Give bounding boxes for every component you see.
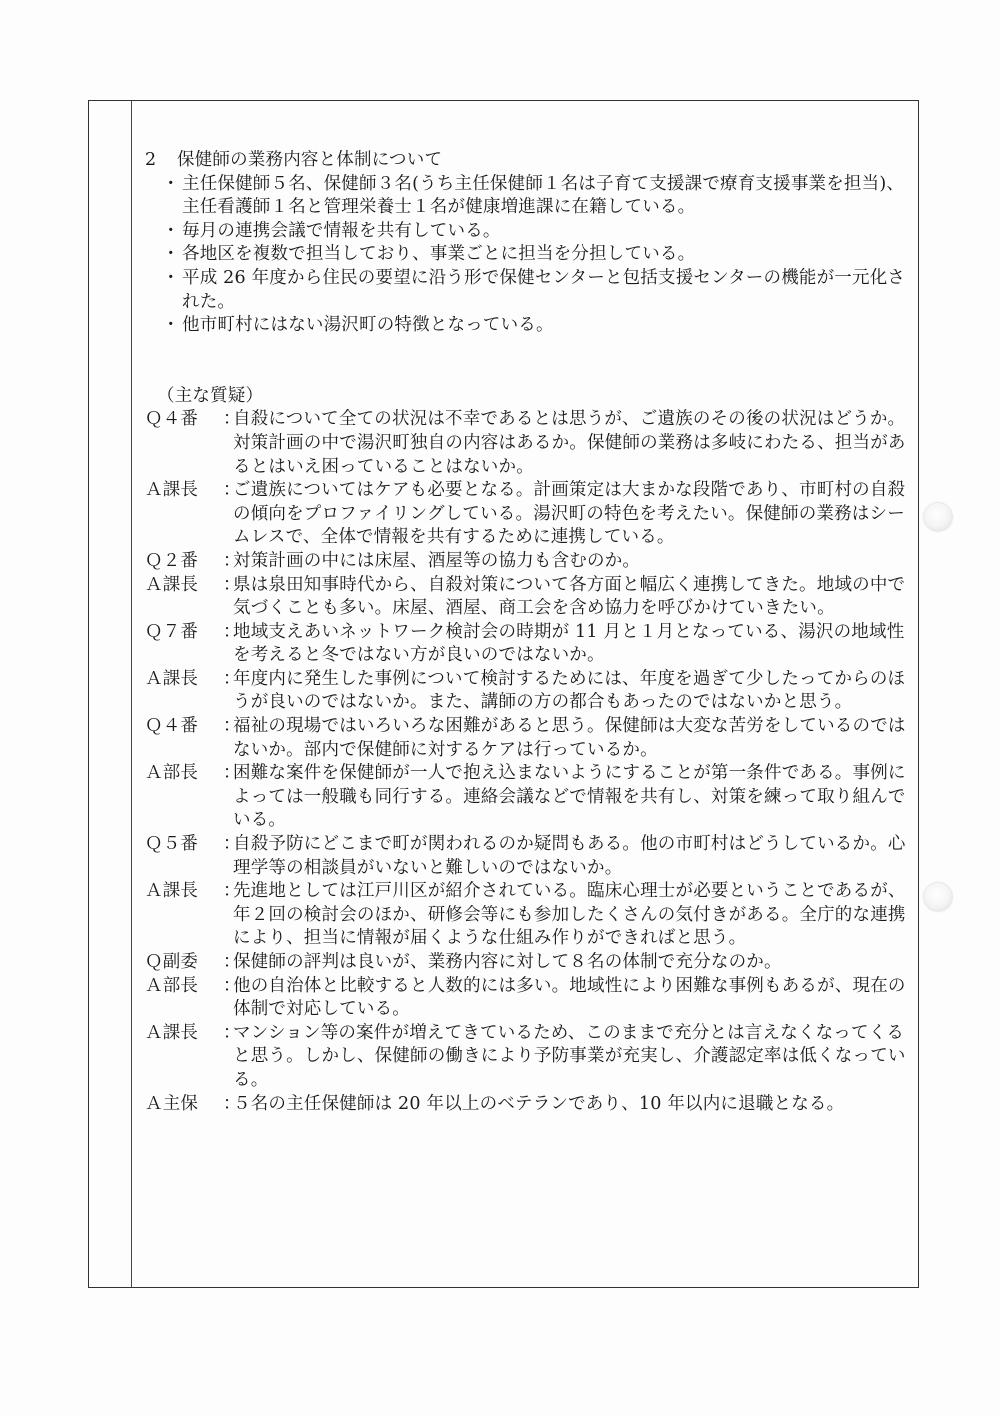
section-title: 保健師の業務内容と体制について xyxy=(177,150,442,170)
qa-list: Ｑ４番：自殺について全ての状況は不幸であるとは思うが、ご遺族のその後の状況はどう… xyxy=(145,408,908,1116)
qa-entry: Ｑ７番：地域支えあいネットワーク検討会の時期が 11 月と１月となっている、湯沢… xyxy=(145,621,908,668)
speaker-label: Ｑ４番 xyxy=(145,715,223,762)
speaker-label: Ａ課長 xyxy=(145,479,223,550)
section-number: 2 xyxy=(145,149,177,173)
qa-text: 年度内に発生した事例について検討するためには、年度を過ぎて少したってからのほうが… xyxy=(233,668,908,715)
spacer xyxy=(145,338,908,385)
qa-entry: Ａ主保：５名の主任保健師は 20 年以上のベテランであり、10 年以内に退職とな… xyxy=(145,1093,908,1117)
colon: ： xyxy=(223,951,233,975)
speaker-label: Ａ課長 xyxy=(145,1022,223,1093)
qa-entry: Ａ部長：困難な案件を保健師が一人で抱え込まないようにすることが第一条件である。事… xyxy=(145,762,908,833)
qa-entry: Ｑ４番：福祉の現場ではいろいろな困難があると思う。保健師は大変な苦労をしているの… xyxy=(145,715,908,762)
bullet-item: 各地区を複数で担当しており、事業ごとに担当を分担している。 xyxy=(172,243,908,267)
colon: ： xyxy=(223,550,233,574)
speaker-label: Ｑ副委 xyxy=(145,951,223,975)
qa-entry: Ｑ５番：自殺予防にどこまで町が関われるのか疑問もある。他の市町村はどうしているか… xyxy=(145,833,908,880)
document-body: 2保健師の業務内容と体制について 主任保健師５名、保健師３名(うち主任保健師１名… xyxy=(145,149,908,1116)
qa-entry: Ｑ２番：対策計画の中には床屋、酒屋等の協力も含むのか。 xyxy=(145,550,908,574)
qa-text: 自殺について全ての状況は不幸であるとは思うが、ご遺族のその後の状況はどうか。対策… xyxy=(233,408,908,479)
qa-entry: Ｑ副委：保健師の評判は良いが、業務内容に対して８名の体制で充分なのか。 xyxy=(145,951,908,975)
qa-text: 地域支えあいネットワーク検討会の時期が 11 月と１月となっている、湯沢の地域性… xyxy=(233,621,908,668)
qa-text: ご遺族についてはケアも必要となる。計画策定は大まかな段階であり、市町村の自殺の傾… xyxy=(233,479,908,550)
margin-column-divider xyxy=(131,101,132,1287)
qa-text: 福祉の現場ではいろいろな困難があると思う。保健師は大変な苦労をしているのではない… xyxy=(233,715,908,762)
qa-entry: Ａ課長：年度内に発生した事例について検討するためには、年度を過ぎて少したってから… xyxy=(145,668,908,715)
qa-text: 他の自治体と比較すると人数的には多い。地域性により困難な事例もあるが、現在の体制… xyxy=(233,975,908,1022)
punch-hole xyxy=(924,883,952,911)
qa-text: 先進地としては江戸川区が紹介されている。臨床心理士が必要ということであるが、年２… xyxy=(233,880,908,951)
speaker-label: Ｑ４番 xyxy=(145,408,223,479)
qa-text: マンション等の案件が増えてきているため、このままで充分とは言えなくなってくると思… xyxy=(233,1022,908,1093)
speaker-label: Ａ部長 xyxy=(145,975,223,1022)
bullet-item: 毎月の連携会議で情報を共有している。 xyxy=(172,220,908,244)
section-heading: 2保健師の業務内容と体制について xyxy=(145,149,908,173)
speaker-label: Ａ課長 xyxy=(145,574,223,621)
speaker-label: Ａ主保 xyxy=(145,1093,223,1117)
speaker-label: Ａ課長 xyxy=(145,668,223,715)
qa-entry: Ａ課長：先進地としては江戸川区が紹介されている。臨床心理士が必要ということである… xyxy=(145,880,908,951)
colon: ： xyxy=(223,408,233,479)
speaker-label: Ａ部長 xyxy=(145,762,223,833)
qa-text: 県は泉田知事時代から、自殺対策について各方面と幅広く連携してきた。地域の中で気づ… xyxy=(233,574,908,621)
document-frame: 2保健師の業務内容と体制について 主任保健師５名、保健師３名(うち主任保健師１名… xyxy=(88,100,919,1288)
speaker-label: Ｑ５番 xyxy=(145,833,223,880)
qa-entry: Ｑ４番：自殺について全ての状況は不幸であるとは思うが、ご遺族のその後の状況はどう… xyxy=(145,408,908,479)
bullet-item: 主任保健師５名、保健師３名(うち主任保健師１名は子育て支援課で療育支援事業を担当… xyxy=(172,173,908,220)
punch-hole xyxy=(924,503,952,531)
colon: ： xyxy=(223,762,233,833)
qa-entry: Ａ課長：ご遺族についてはケアも必要となる。計画策定は大まかな段階であり、市町村の… xyxy=(145,479,908,550)
qa-entry: Ａ課長：県は泉田知事時代から、自殺対策について各方面と幅広く連携してきた。地域の… xyxy=(145,574,908,621)
colon: ： xyxy=(223,574,233,621)
colon: ： xyxy=(223,715,233,762)
qa-text: ５名の主任保健師は 20 年以上のベテランであり、10 年以内に退職となる。 xyxy=(233,1093,908,1117)
qa-text: 自殺予防にどこまで町が関われるのか疑問もある。他の市町村はどうしているか。心理学… xyxy=(233,833,908,880)
qa-text: 困難な案件を保健師が一人で抱え込まないようにすることが第一条件である。事例によっ… xyxy=(233,762,908,833)
colon: ： xyxy=(223,668,233,715)
qa-text: 保健師の評判は良いが、業務内容に対して８名の体制で充分なのか。 xyxy=(233,951,908,975)
colon: ： xyxy=(223,975,233,1022)
qa-entry: Ａ課長：マンション等の案件が増えてきているため、このままで充分とは言えなくなって… xyxy=(145,1022,908,1093)
colon: ： xyxy=(223,1093,233,1117)
speaker-label: Ｑ２番 xyxy=(145,550,223,574)
bullet-item: 他市町村にはない湯沢町の特徴となっている。 xyxy=(172,314,908,338)
speaker-label: Ａ課長 xyxy=(145,880,223,951)
colon: ： xyxy=(223,479,233,550)
colon: ： xyxy=(223,621,233,668)
colon: ： xyxy=(223,1022,233,1093)
colon: ： xyxy=(223,833,233,880)
colon: ： xyxy=(223,880,233,951)
speaker-label: Ｑ７番 xyxy=(145,621,223,668)
bullet-item: 平成 26 年度から住民の要望に沿う形で保健センターと包括支援センターの機能が一… xyxy=(172,267,908,314)
qa-heading: （主な質疑） xyxy=(157,385,908,409)
qa-entry: Ａ部長：他の自治体と比較すると人数的には多い。地域性により困難な事例もあるが、現… xyxy=(145,975,908,1022)
section-bullet-list: 主任保健師５名、保健師３名(うち主任保健師１名は子育て支援課で療育支援事業を担当… xyxy=(145,173,908,338)
qa-text: 対策計画の中には床屋、酒屋等の協力も含むのか。 xyxy=(233,550,908,574)
